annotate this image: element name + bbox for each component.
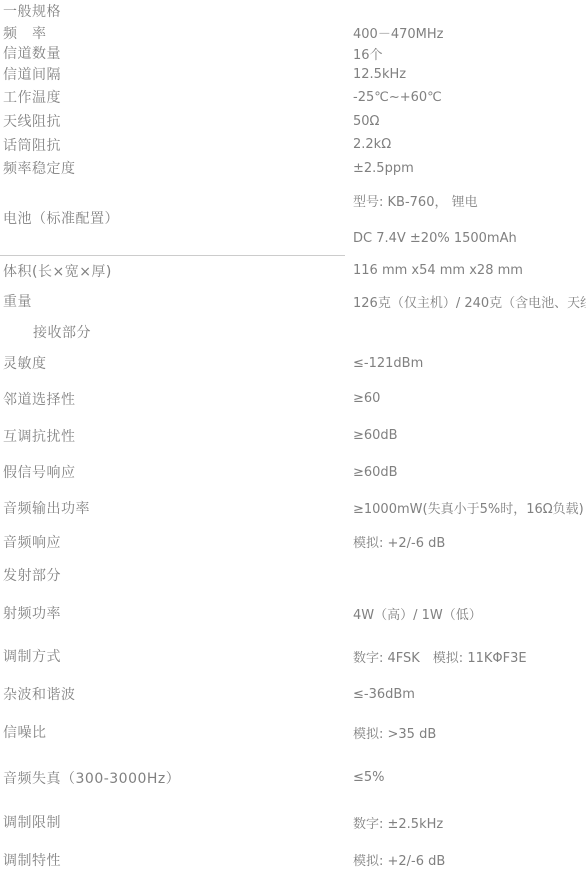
spec-value: 16个 xyxy=(353,44,586,63)
spec-row-sensitivity: 灵敏度 ≤-121dBm xyxy=(0,346,586,380)
spec-row-frequency: 频 率 400－470MHz xyxy=(0,22,586,43)
spec-label: 信道间隔 xyxy=(0,64,353,84)
spec-label: 调制方式 xyxy=(0,646,353,666)
spec-label: 天线阻抗 xyxy=(0,111,353,131)
spec-row-spurious-harmonics: 杂波和谐波 ≤-36dBm xyxy=(0,677,586,711)
spec-value: 型号: KB-760， 锂电 DC 7.4V ±20% 1500mAh xyxy=(353,180,586,256)
spec-value: ≤5% xyxy=(353,770,586,785)
section-header-transmitter: 发射部分 xyxy=(0,558,586,591)
spec-value: 400－470MHz xyxy=(353,23,586,42)
battery-rating-line: DC 7.4V ±20% 1500mAh xyxy=(353,231,586,246)
battery-model-line: 型号: KB-760， 锂电 xyxy=(353,191,586,210)
divider-line xyxy=(0,255,345,256)
spec-row-battery: 电池（标准配置） 型号: KB-760， 锂电 DC 7.4V ±20% 150… xyxy=(0,180,586,256)
section-title: 接收部分 xyxy=(0,322,383,342)
section-title: 一般规格 xyxy=(0,1,353,21)
spec-label: 信噪比 xyxy=(0,722,353,742)
spec-label: 灵敏度 xyxy=(0,353,353,373)
spec-label: 频 率 xyxy=(0,23,353,43)
spec-value: 50Ω xyxy=(353,114,586,129)
spec-label: 音频响应 xyxy=(0,532,353,552)
spec-row-rf-power: 射频功率 4W（高）/ 1W（低） xyxy=(0,591,586,635)
spec-row-audio-distortion: 音频失真（300-3000Hz） ≤5% xyxy=(0,753,586,802)
spec-row-adjacent-selectivity: 邻道选择性 ≥60 xyxy=(0,380,586,417)
spec-value: 模拟: +2/-6 dB xyxy=(353,850,586,869)
spec-row-channel-spacing: 信道间隔 12.5kHz xyxy=(0,63,586,85)
spec-value: 模拟: +2/-6 dB xyxy=(353,532,586,551)
spec-row-operating-temp: 工作温度 -25℃~+60℃ xyxy=(0,85,586,109)
spec-value: 126克（仅主机）/ 240克（含电池、天线） xyxy=(353,292,586,311)
spec-value: ≥60 xyxy=(353,391,586,406)
spec-value: ≤-121dBm xyxy=(353,356,586,371)
section-title: 发射部分 xyxy=(0,565,353,585)
spec-row-dimensions: 体积(长×宽×厚) 116 mm x54 mm x28 mm xyxy=(0,256,586,285)
spec-label: 信道数量 xyxy=(0,43,353,63)
spec-row-audio-output-power: 音频输出功率 ≥1000mW(失真小于5%时，16Ω负载) xyxy=(0,490,586,525)
spec-row-audio-response: 音频响应 模拟: +2/-6 dB xyxy=(0,525,586,558)
spec-row-snr: 信噪比 模拟: >35 dB xyxy=(0,711,586,753)
spec-value: ≥1000mW(失真小于5%时，16Ω负载) xyxy=(353,498,586,517)
spec-row-spurious-response: 假信号响应 ≥60dB xyxy=(0,454,586,490)
spec-label: 工作温度 xyxy=(0,87,353,107)
spec-value: 4W（高）/ 1W（低） xyxy=(353,604,586,623)
spec-label: 假信号响应 xyxy=(0,462,353,482)
spec-value: ≥60dB xyxy=(353,428,586,443)
spec-label: 话筒阻抗 xyxy=(0,135,353,155)
spec-value: ±2.5ppm xyxy=(353,161,586,176)
spec-value: -25℃~+60℃ xyxy=(353,90,586,105)
spec-label: 体积(长×宽×厚) xyxy=(0,261,353,281)
spec-label: 电池（标准配置） xyxy=(0,208,353,228)
spec-label: 重量 xyxy=(0,291,353,311)
spec-row-mic-impedance: 话筒阻抗 2.2kΩ xyxy=(0,133,586,156)
spec-value: 数字: 4FSK 模拟: 11KΦF3E xyxy=(353,647,586,666)
spec-label: 射频功率 xyxy=(0,603,353,623)
spec-label: 频率稳定度 xyxy=(0,158,353,178)
spec-label: 杂波和谐波 xyxy=(0,684,353,704)
spec-value: ≥60dB xyxy=(353,465,586,480)
spec-row-modulation-characteristics: 调制特性 模拟: +2/-6 dB xyxy=(0,842,586,876)
spec-row-modulation-mode: 调制方式 数字: 4FSK 模拟: 11KΦF3E xyxy=(0,635,586,677)
spec-label: 调制特性 xyxy=(0,850,353,870)
spec-value: 2.2kΩ xyxy=(353,137,586,152)
spec-row-intermodulation: 互调抗扰性 ≥60dB xyxy=(0,417,586,454)
spec-row-antenna-impedance: 天线阻抗 50Ω xyxy=(0,109,586,133)
spec-label: 互调抗扰性 xyxy=(0,426,353,446)
spec-label: 音频输出功率 xyxy=(0,498,353,518)
spec-value: ≤-36dBm xyxy=(353,687,586,702)
spec-label: 邻道选择性 xyxy=(0,389,353,409)
spec-row-modulation-limit: 调制限制 数字: ±2.5kHz xyxy=(0,802,586,842)
spec-row-channel-count: 信道数量 16个 xyxy=(0,43,586,63)
spec-value: 116 mm x54 mm x28 mm xyxy=(353,263,586,278)
spec-value: 模拟: >35 dB xyxy=(353,723,586,742)
spec-value: 数字: ±2.5kHz xyxy=(353,813,586,832)
spec-row-freq-stability: 频率稳定度 ±2.5ppm xyxy=(0,156,586,180)
spec-table: 一般规格 频 率 400－470MHz 信道数量 16个 信道间隔 12.5kH… xyxy=(0,0,586,876)
spec-value: 12.5kHz xyxy=(353,67,586,82)
spec-label: 音频失真（300-3000Hz） xyxy=(0,768,353,788)
spec-row-weight: 重量 126克（仅主机）/ 240克（含电池、天线） xyxy=(0,285,586,317)
spec-label: 调制限制 xyxy=(0,812,353,832)
section-header-general: 一般规格 xyxy=(0,0,586,22)
section-header-receiver: 接收部分 xyxy=(0,317,586,346)
